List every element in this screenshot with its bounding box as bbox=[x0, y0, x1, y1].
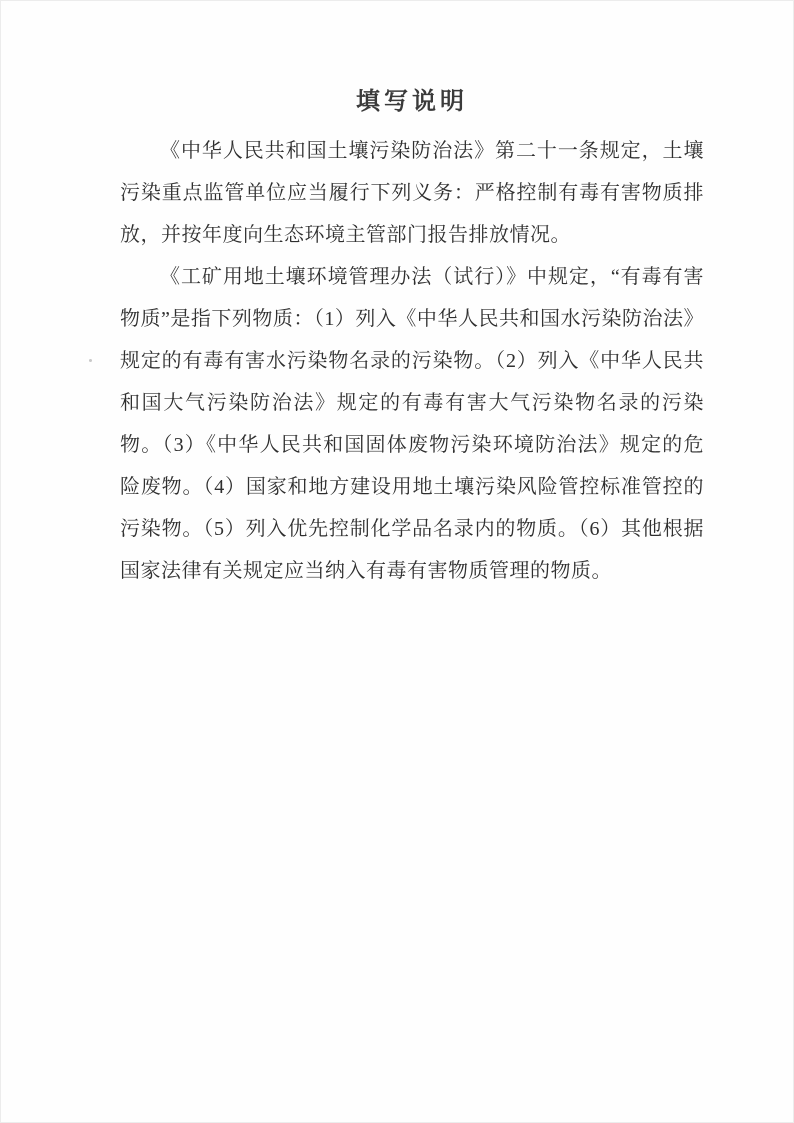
paragraph-soil-pollution-law: 《中华人民共和国土壤污染防治法》第二十一条规定，土壤污染重点监管单位应当履行下列… bbox=[120, 130, 704, 256]
paragraph-toxic-substances-definition: 《工矿用地土壤环境管理办法（试行）》中规定，“有毒有害物质”是指下列物质：（1）… bbox=[120, 256, 704, 592]
document-content: 填写说明 《中华人民共和国土壤污染防治法》第二十一条规定，土壤污染重点监管单位应… bbox=[120, 1, 704, 592]
document-body: 《中华人民共和国土壤污染防治法》第二十一条规定，土壤污染重点监管单位应当履行下列… bbox=[120, 130, 704, 592]
scan-artifact-speck bbox=[89, 359, 92, 362]
document-page: 填写说明 《中华人民共和国土壤污染防治法》第二十一条规定，土壤污染重点监管单位应… bbox=[0, 0, 794, 1123]
document-title: 填写说明 bbox=[120, 85, 704, 119]
